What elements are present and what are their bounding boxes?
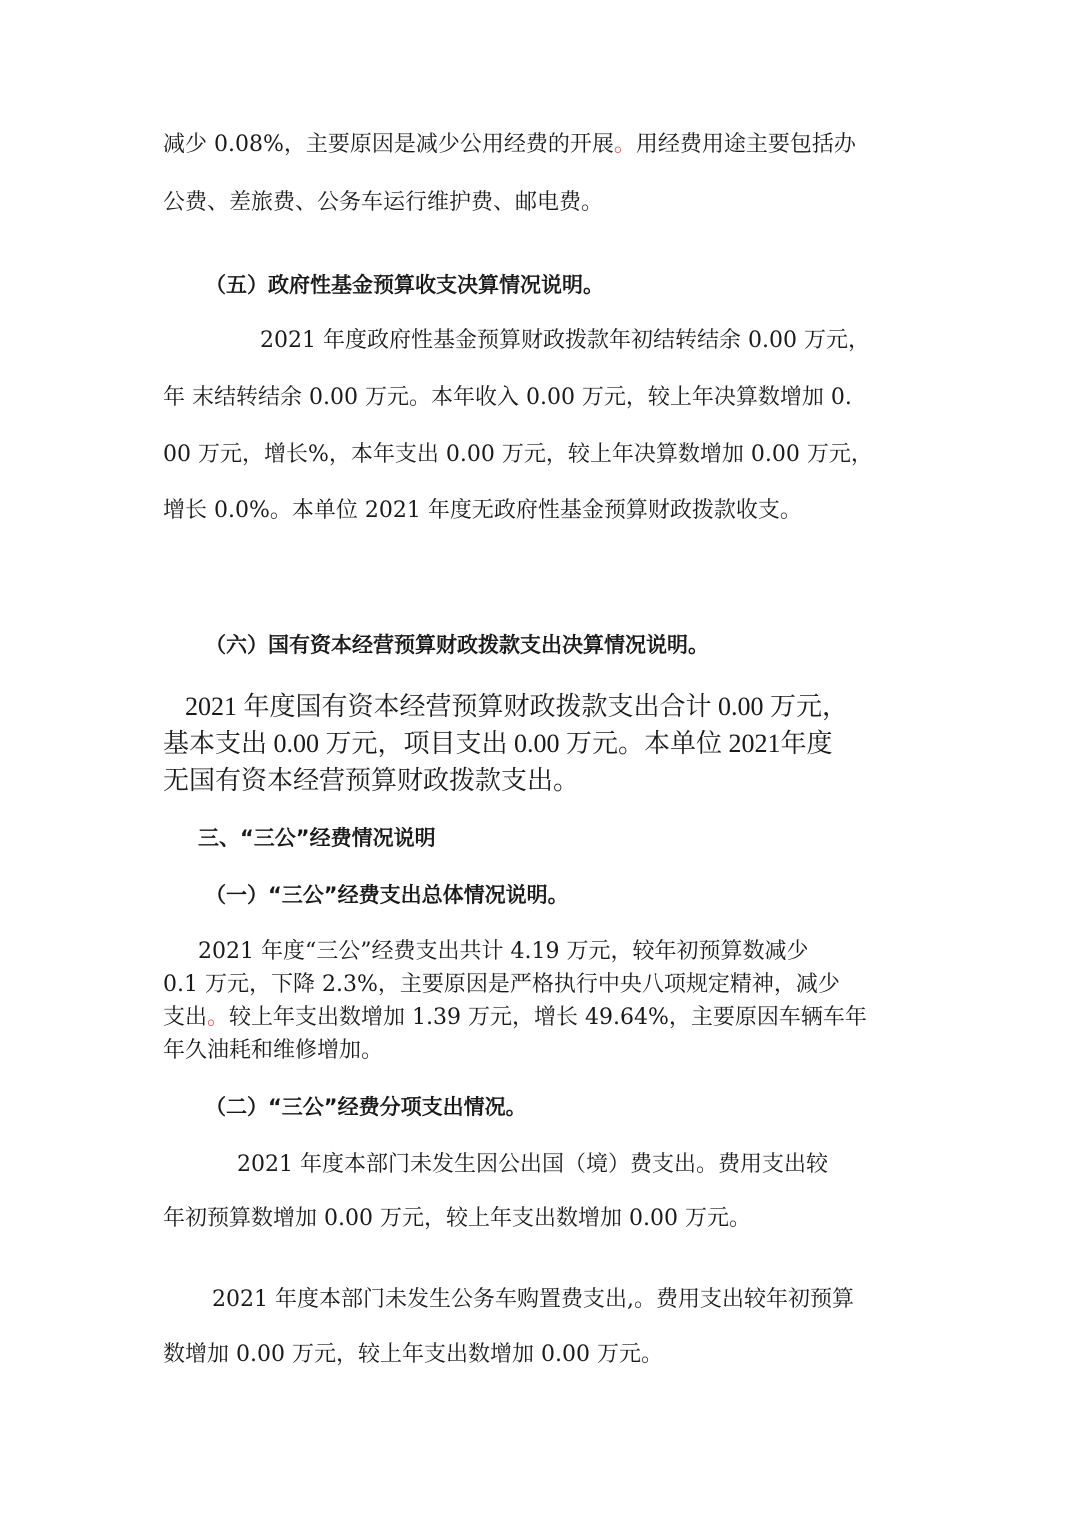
subsection-heading-2: （二）“三公”经费分项支出情况。	[205, 1092, 527, 1122]
red-period: 。	[207, 1005, 229, 1030]
paragraph-line: 2021 年度本部门未发生因公出国（境）费支出。费用支出较	[237, 1150, 828, 1180]
red-period: 。	[614, 132, 636, 157]
subsection-heading-1: （一）“三公”经费支出总体情况说明。	[205, 880, 569, 910]
paragraph-line: 基本支出 0.00 万元，项目支出 0.00 万元。本单位 2021年度	[163, 727, 833, 761]
paragraph-line: 支出。较上年支出数增加 1.39 万元，增长 49.64%，主要原因车辆车年	[163, 1003, 867, 1033]
paragraph-line: 年久油耗和维修增加。	[163, 1036, 383, 1066]
text: 支出	[163, 1005, 207, 1030]
section-heading-5: （五）政府性基金预算收支决算情况说明。	[205, 270, 604, 300]
text: 用经费用途主要包括办	[636, 132, 856, 157]
text: 减少 0.08%，主要原因是减少公用经费的开展	[163, 132, 614, 157]
paragraph-line: 公费、差旅费、公务车运行维护费、邮电费。	[163, 188, 603, 218]
paragraph-line: 2021 年度政府性基金预算财政拨款年初结转结余 0.00 万元，	[260, 326, 870, 356]
paragraph-line: 0.1 万元，下降 2.3%，主要原因是严格执行中央八项规定精神，减少	[163, 970, 840, 1000]
paragraph-line: 年 末结转结余 0.00 万元。本年收入 0.00 万元，较上年决算数增加 0.	[163, 383, 852, 413]
paragraph-line: 00 万元，增长%，本年支出 0.00 万元，较上年决算数增加 0.00 万元，	[163, 440, 873, 470]
paragraph-line: 减少 0.08%，主要原因是减少公用经费的开展。用经费用途主要包括办	[163, 130, 856, 160]
paragraph-line: 无国有资本经营预算财政拨款支出。	[163, 764, 579, 798]
paragraph-line: 2021 年度“三公”经费支出共计 4.19 万元，较年初预算数减少	[198, 937, 808, 967]
paragraph-line: 2021 年度本部门未发生公务车购置费支出,。费用支出较年初预算	[212, 1285, 854, 1315]
paragraph-line: 2021 年度国有资本经营预算财政拨款支出合计 0.00 万元，	[185, 690, 848, 724]
paragraph-line: 数增加 0.00 万元，较上年支出数增加 0.00 万元。	[163, 1340, 663, 1370]
text: 较上年支出数增加 1.39 万元，增长 49.64%，主要原因车辆车年	[229, 1005, 867, 1030]
paragraph-line: 增长 0.0%。本单位 2021 年度无政府性基金预算财政拨款收支。	[163, 496, 802, 526]
part-heading-3: 三、“三公”经费情况说明	[198, 823, 436, 853]
paragraph-line: 年初预算数增加 0.00 万元，较上年支出数增加 0.00 万元。	[163, 1204, 751, 1234]
section-heading-6: （六）国有资本经营预算财政拨款支出决算情况说明。	[205, 630, 709, 660]
